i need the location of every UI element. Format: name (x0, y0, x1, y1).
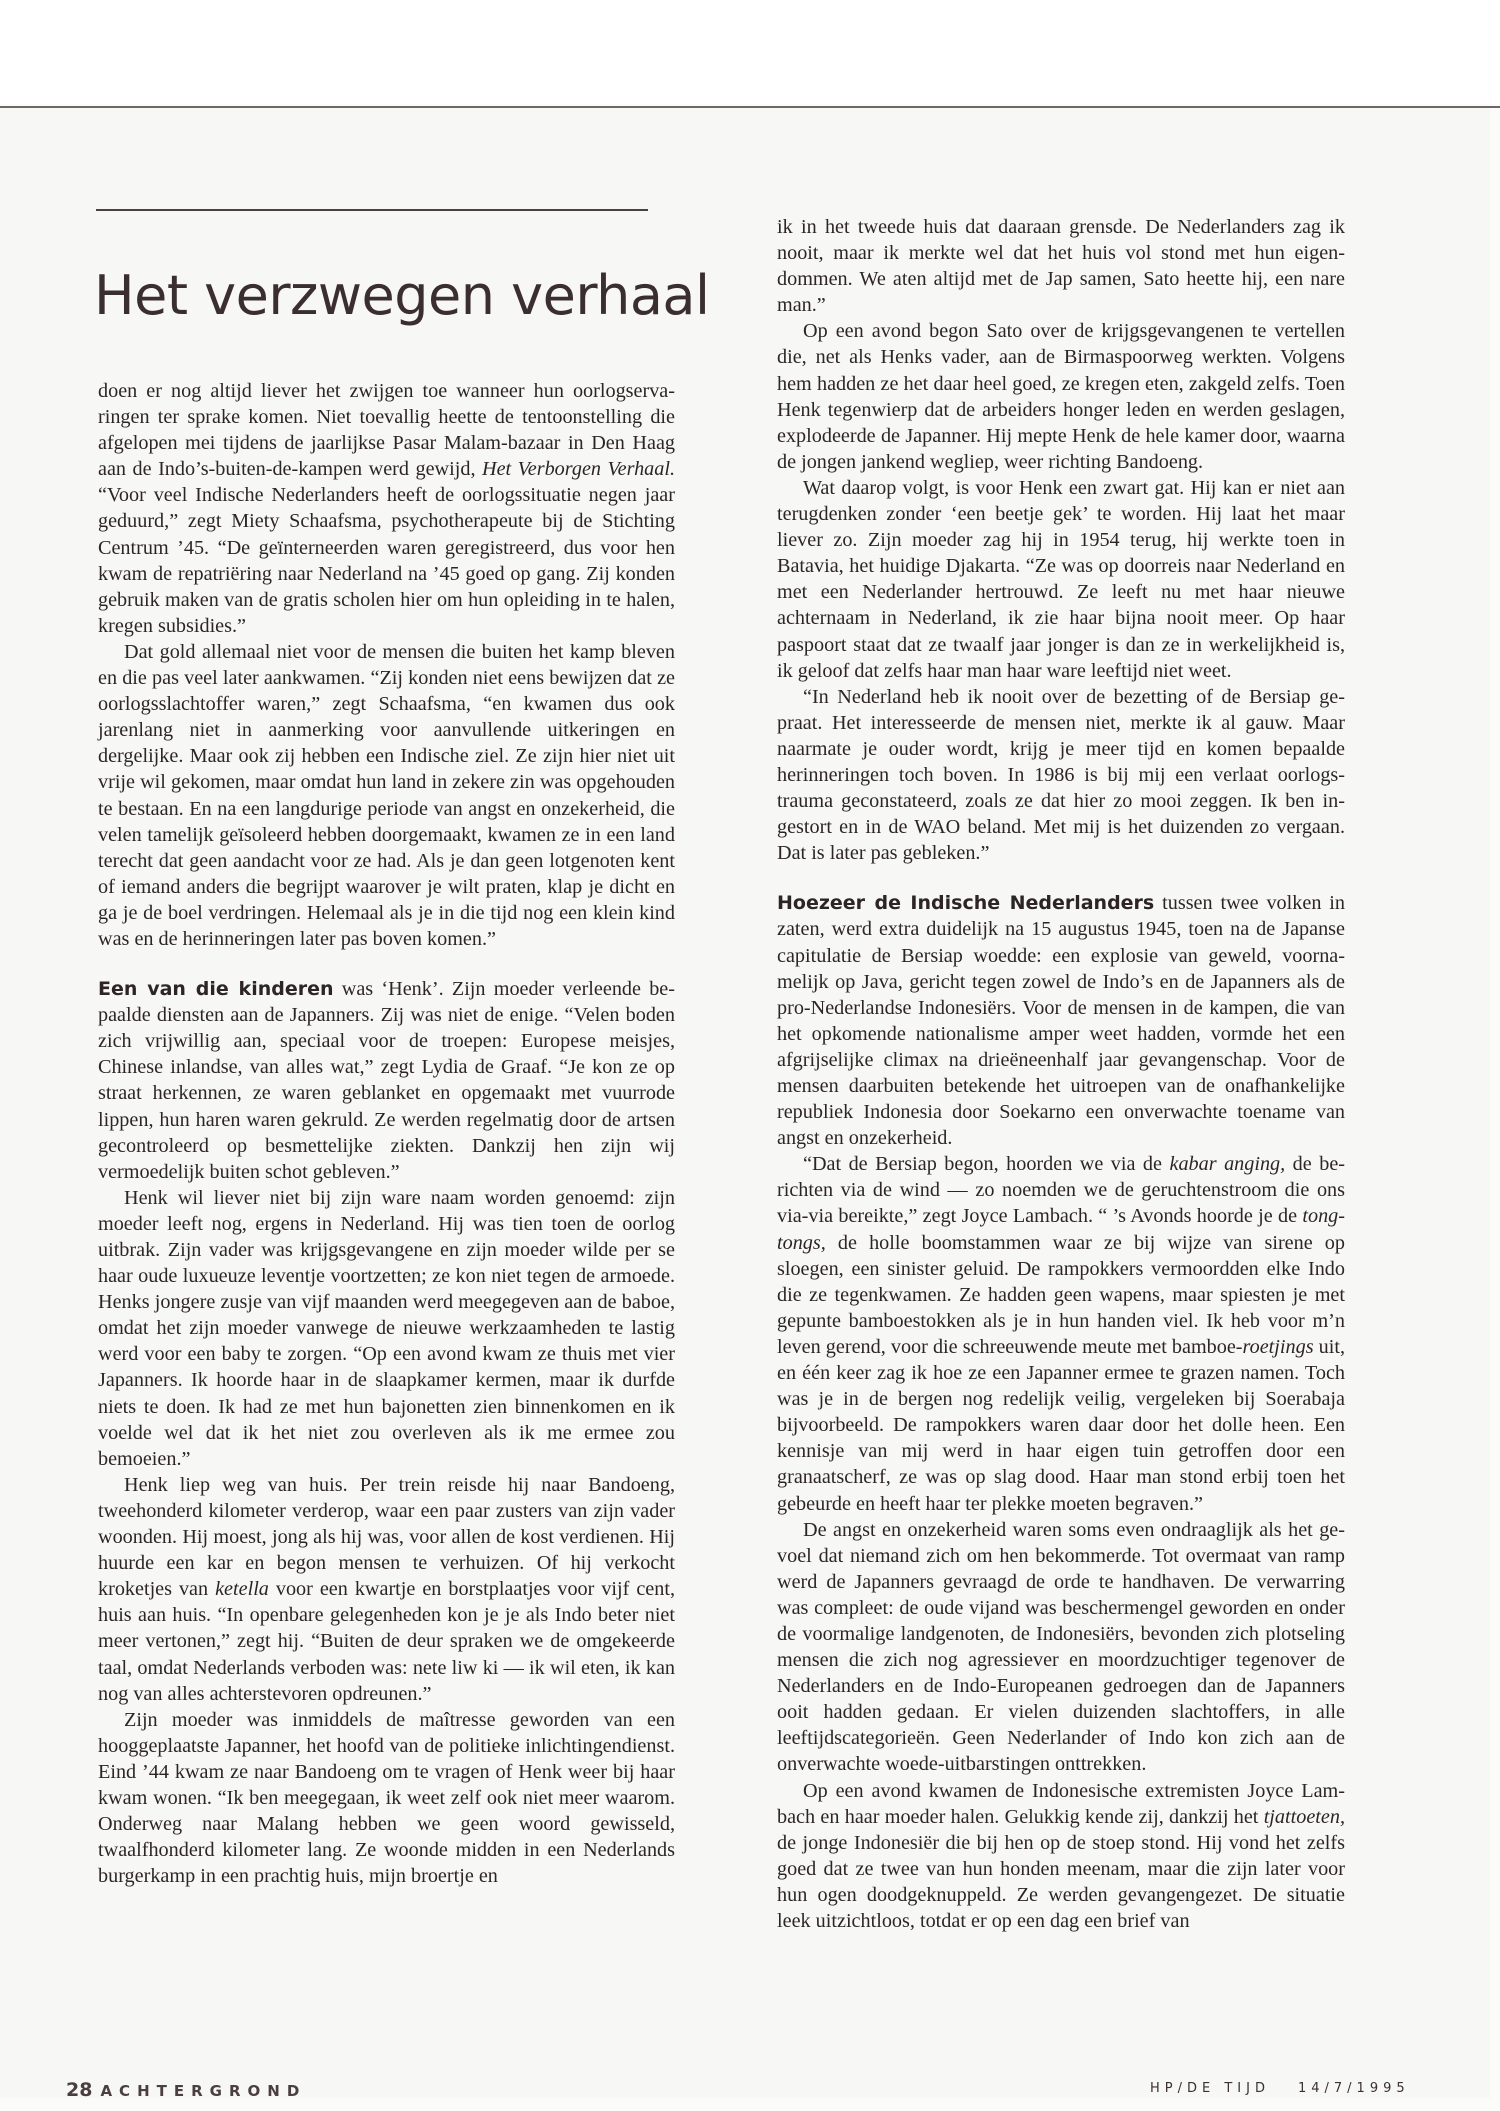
section-paragraph: Een van die kinderen was ‘Henk’. Zijn mo… (98, 976, 675, 1185)
text-run: was ‘Henk’. Zijn moeder verleende be­paa… (98, 978, 675, 1183)
scan-top-margin (0, 0, 1500, 104)
text-run: tussen twee volken in zaten, werd extra … (777, 892, 1345, 1149)
italic-term: roet­jings (1243, 1336, 1314, 1358)
publication-name: HP/DE TIJD (1150, 2081, 1270, 2096)
italic-term: Het Verborgen Verhaal. (482, 458, 675, 480)
footer-publication: HP/DE TIJD14/7/1995 (1150, 2081, 1410, 2096)
text-run: ik in het tweede huis dat daaraan grensd… (777, 216, 1345, 316)
paragraph: Zijn moeder was inmiddels de maîtresse g… (98, 1707, 675, 1890)
text-run: uit, en één keer zag ik hoe ze een Japan… (777, 1336, 1345, 1515)
italic-term: ketella (215, 1578, 269, 1600)
paragraph: Henk wil liever niet bij zijn ware naam … (98, 1185, 675, 1472)
publication-date: 14/7/1995 (1298, 2081, 1410, 2096)
text-run: “In Nederland heb ik nooit over de bezet… (777, 686, 1345, 865)
text-run: “Dat de Bersiap begon, hoorden we via de (803, 1153, 1169, 1175)
text-run: De angst en onzekerheid waren soms even … (777, 1519, 1345, 1776)
article-title: Het verzwegen verhaal (94, 264, 674, 327)
left-column: doen er nog altijd liever het zwijgen to… (98, 378, 675, 1889)
paragraph: De angst en onzekerheid waren soms even … (777, 1517, 1345, 1778)
page-number: 28 (66, 2079, 92, 2101)
text-run: Op een avond kwamen de Indonesische extr… (777, 1780, 1345, 1828)
text-run: “Voor veel Indische Nederlanders heeft d… (98, 484, 675, 636)
italic-term: tjattoe­ten, (1264, 1806, 1345, 1828)
right-column: ik in het tweede huis dat daaraan grensd… (777, 214, 1345, 1934)
paragraph: Henk liep weg van huis. Per trein reisde… (98, 1472, 675, 1707)
text-run: Op een avond begon Sato over de krijgsge… (777, 320, 1345, 472)
section-paragraph: Hoezeer de Indische Nederlanders tussen … (777, 890, 1345, 1151)
paragraph: “In Nederland heb ik nooit over de bezet… (777, 684, 1345, 867)
paragraph: Wat daarop volgt, is voor Henk een zwart… (777, 475, 1345, 684)
paragraph: “Dat de Bersiap begon, hoorden we via de… (777, 1151, 1345, 1516)
text-run: Zijn moeder was inmiddels de maîtresse g… (98, 1709, 675, 1888)
section-lead-in: Hoezeer de Indische Nederlanders (777, 892, 1154, 914)
paragraph: Op een avond begon Sato over de krijgsge… (777, 318, 1345, 475)
text-run: de jonge Indonesiër die bij hen op de st… (777, 1832, 1345, 1932)
paragraph: ik in het tweede huis dat daaraan grensd… (777, 214, 1345, 318)
paragraph: doen er nog altijd liever het zwijgen to… (98, 378, 675, 639)
paragraph: Op een avond kwamen de Indonesische extr… (777, 1778, 1345, 1935)
text-run: Henk wil liever niet bij zijn ware naam … (98, 1187, 675, 1470)
section-lead-in: Een van die kinderen (98, 978, 334, 1000)
section-label: ACHTERGROND (100, 2082, 306, 2100)
title-rule (96, 209, 648, 211)
footer-section: 28ACHTERGROND (66, 2079, 306, 2101)
paragraph: Dat gold allemaal niet voor de mensen di… (98, 639, 675, 952)
italic-term: kabar anging, (1169, 1153, 1285, 1175)
text-run: Dat gold allemaal niet voor de mensen di… (98, 641, 675, 950)
text-run: Wat daarop volgt, is voor Henk een zwart… (777, 477, 1345, 682)
